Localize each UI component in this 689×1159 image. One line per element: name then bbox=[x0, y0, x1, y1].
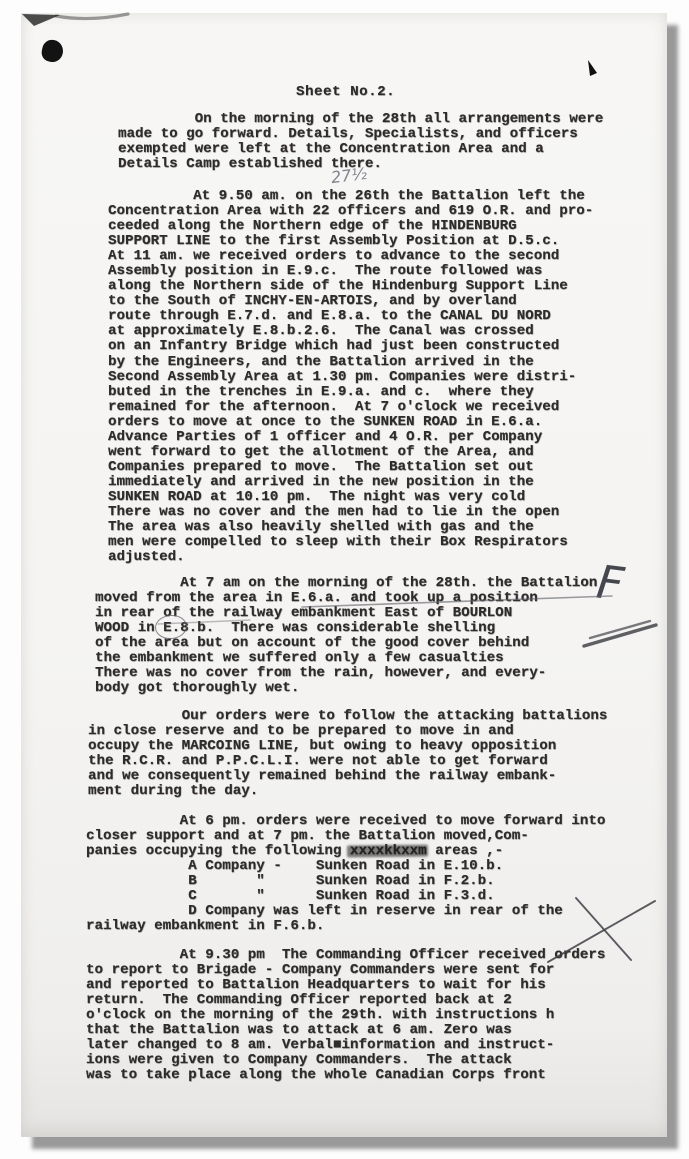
paragraph-arrangements: On the morning of the 28th all arrangeme… bbox=[118, 112, 603, 172]
scanned-document-page: Sheet No.2. On the morning of the 28th a… bbox=[0, 0, 689, 1159]
overstrike-blot bbox=[347, 845, 428, 857]
pencil-margin-letter-f: F bbox=[594, 559, 626, 608]
sheet-heading: Sheet No.2. bbox=[296, 85, 395, 100]
paragraph-attack-orders: At 9.30 pm The Commanding Officer receiv… bbox=[86, 948, 605, 1083]
paragraph-marcoing-line: Our orders were to follow the attacking … bbox=[88, 709, 607, 799]
paragraph-battalion-march: At 9.50 am. on the 26th the Battalion le… bbox=[108, 189, 593, 565]
paragraph-company-positions: At 6 pm. orders were received to move fo… bbox=[86, 814, 605, 934]
